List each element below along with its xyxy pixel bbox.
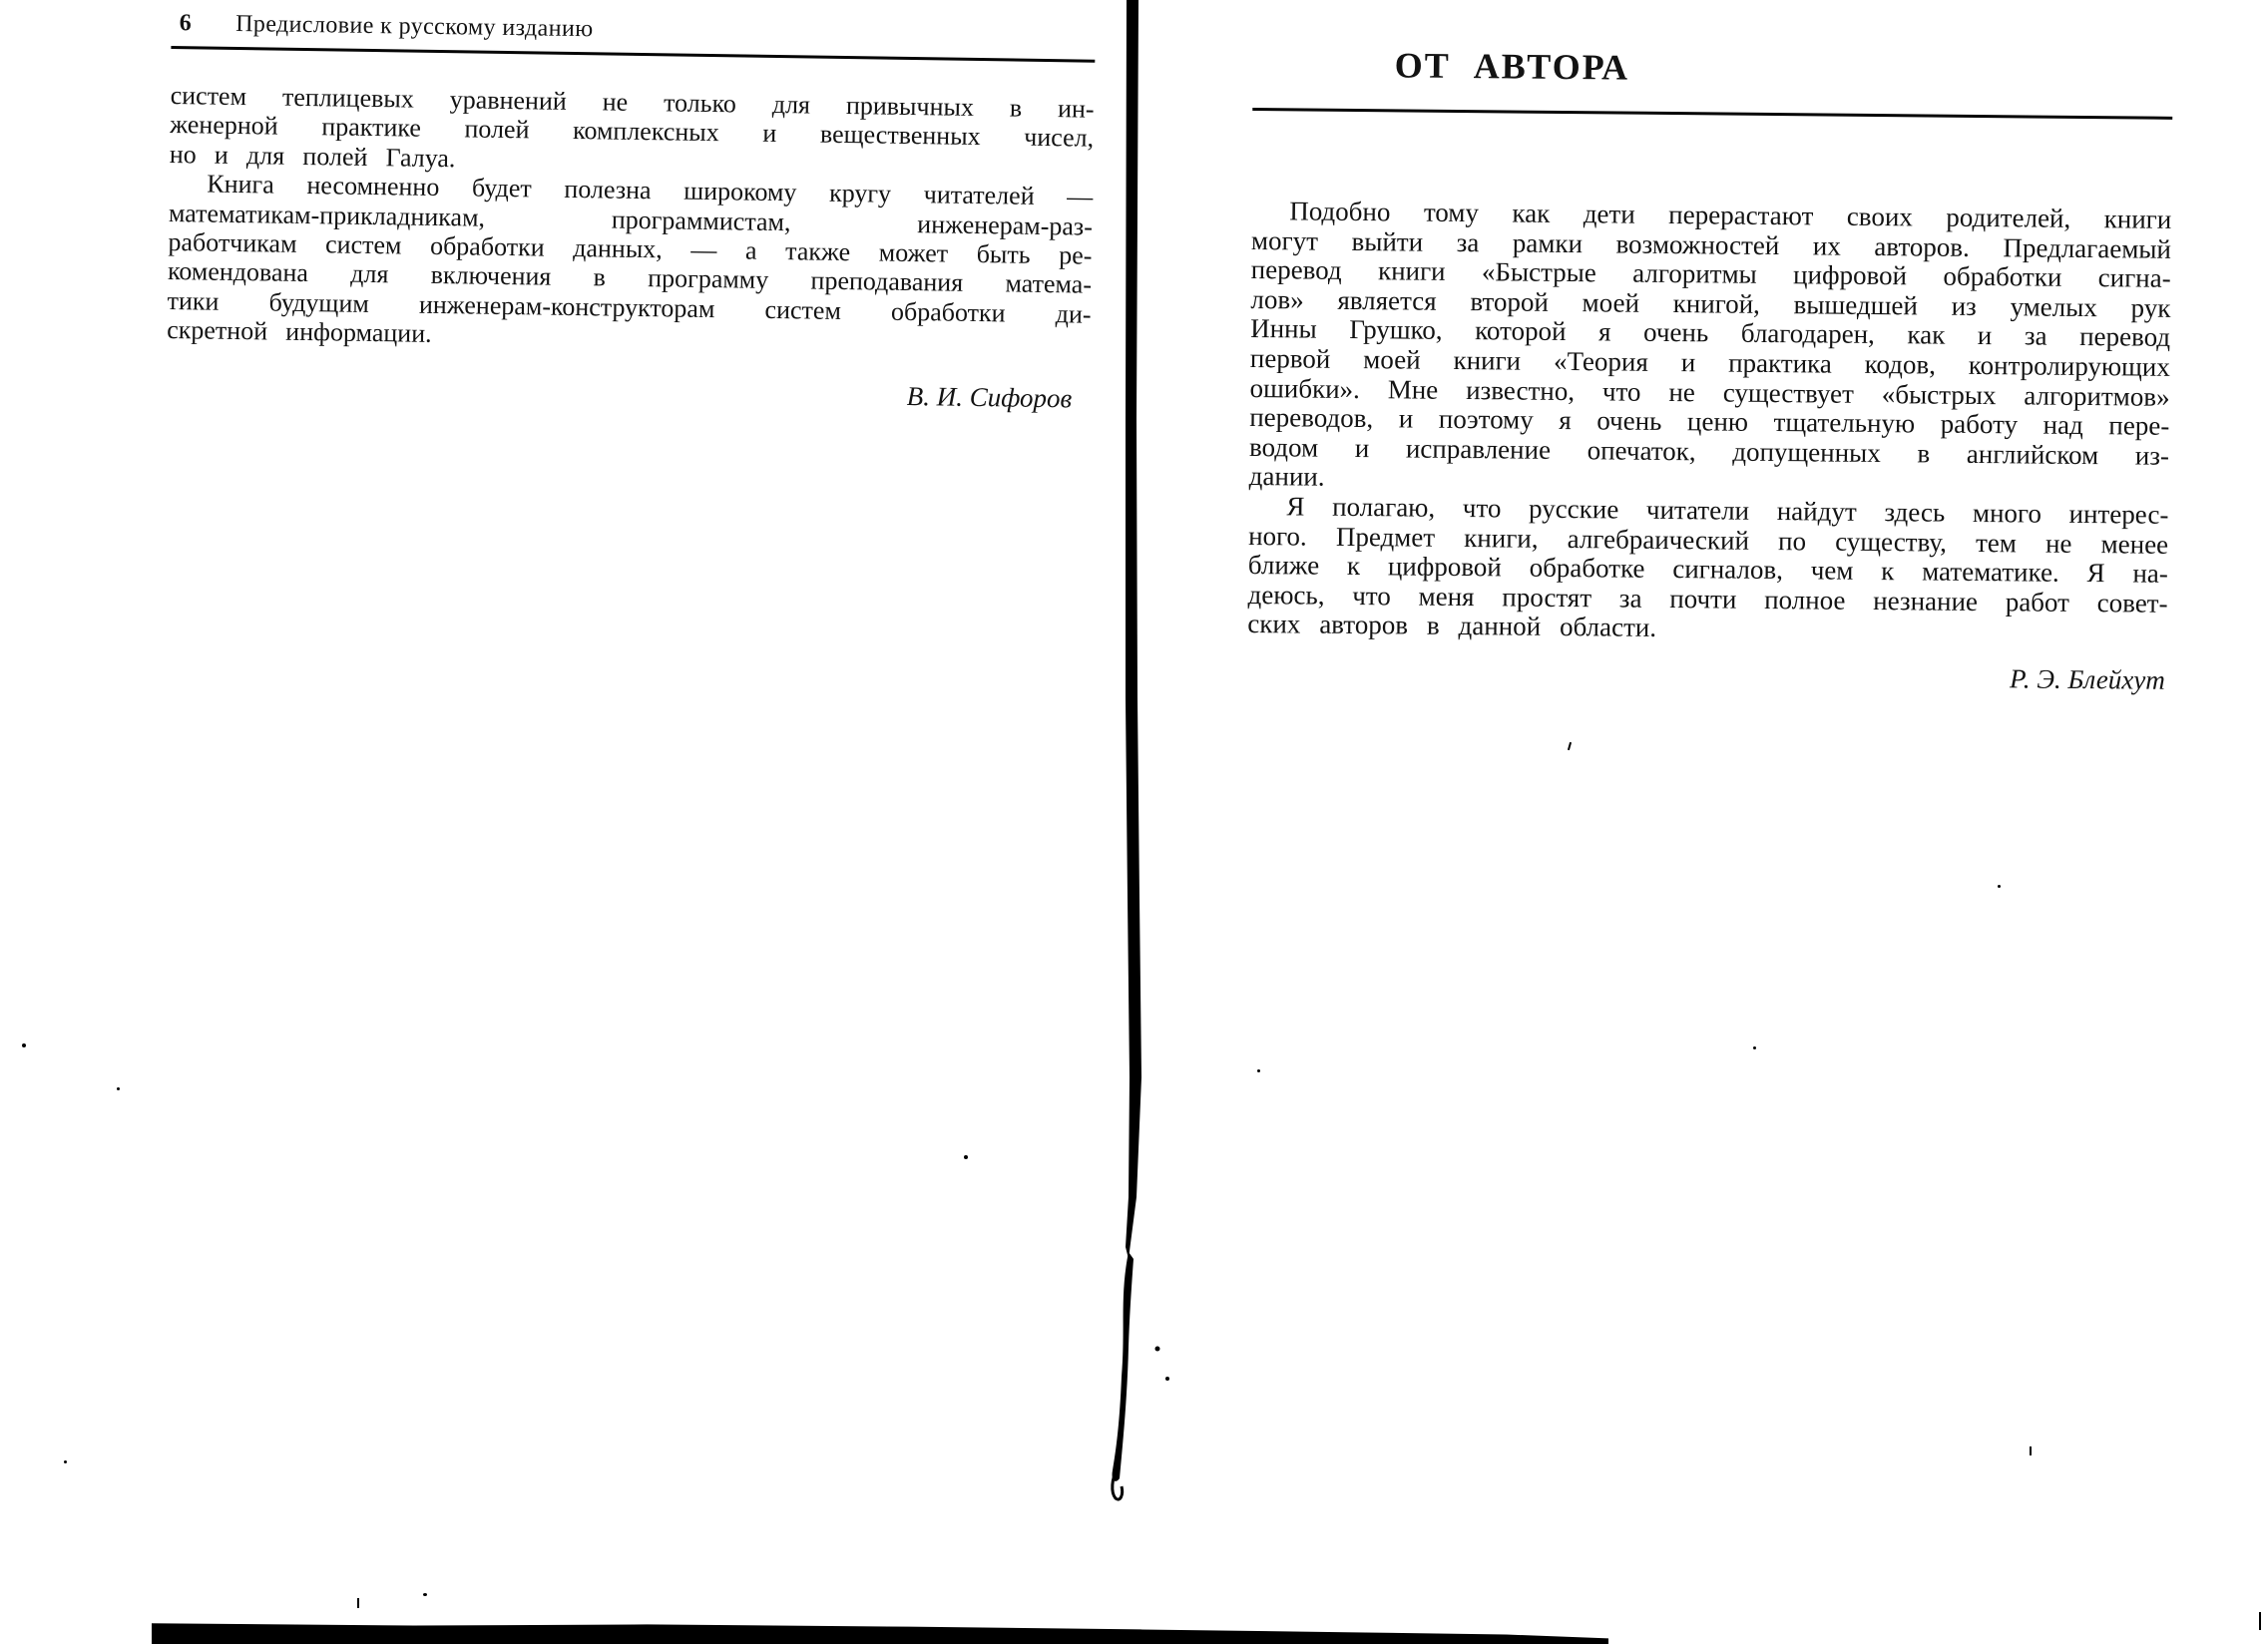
- right-page-body: Подобно тому как дети перерастают своих …: [1247, 197, 2171, 648]
- title-rule: [1252, 108, 2172, 120]
- right-page: ОТ АВТОРА Подобно тому как дети перераст…: [1247, 34, 2173, 695]
- ink-speck: [1568, 742, 1572, 750]
- ink-speck: [964, 1155, 968, 1159]
- author-signature: Р. Э. Блейхут: [1247, 657, 2167, 695]
- ink-speck: [64, 1460, 67, 1463]
- ink-speck: [423, 1593, 427, 1596]
- book-scan: 6 Предисловие к русскому изданию систем …: [0, 0, 2268, 1644]
- book-spine-line: [1096, 0, 1165, 1516]
- page-number: 6: [180, 8, 193, 38]
- left-page-body: систем теплицевых уравнений не только дл…: [167, 81, 1095, 358]
- ink-speck: [1753, 1046, 1756, 1049]
- ink-speck: [1257, 1069, 1260, 1072]
- page-title: ОТ АВТОРА: [1395, 45, 2173, 92]
- left-page: 6 Предисловие к русскому изданию систем …: [166, 8, 1096, 414]
- ink-speck: [357, 1598, 359, 1608]
- ink-speck: [1998, 885, 2001, 888]
- ink-speck: [2030, 1446, 2032, 1455]
- translator-editor-signature: В. И. Сифоров: [166, 371, 1090, 414]
- running-header: 6 Предисловие к русскому изданию: [172, 8, 1096, 52]
- ink-speck: [22, 1043, 26, 1047]
- ink-speck: [1165, 1377, 1169, 1381]
- running-header-title: Предисловие к русскому изданию: [235, 9, 594, 44]
- scan-edge-artifact: [152, 1616, 1608, 1644]
- ink-speck: [2259, 1612, 2261, 1630]
- ink-speck: [117, 1087, 120, 1090]
